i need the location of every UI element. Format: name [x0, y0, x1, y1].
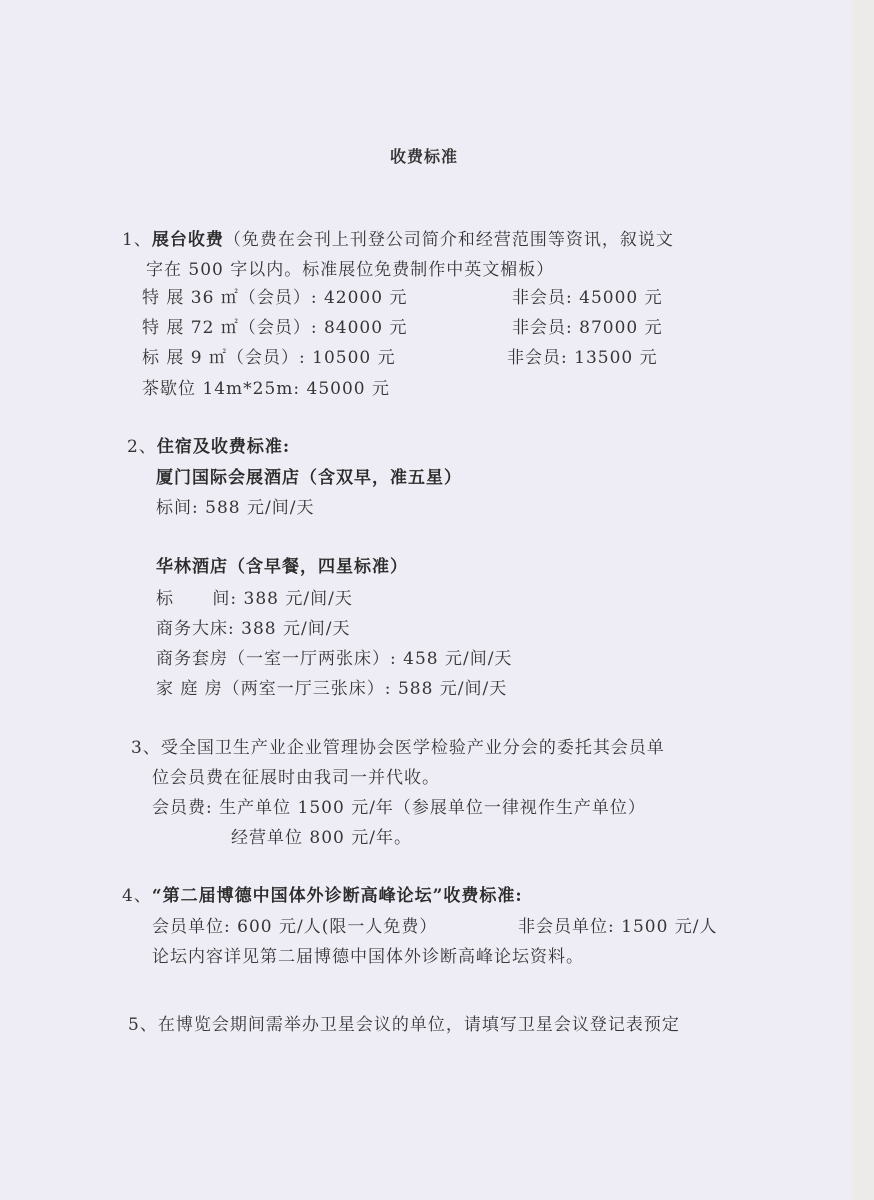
- tea-booth-price: 茶歇位 14m*25m: 45000 元: [142, 379, 390, 399]
- hotel-2-standard-room: 标 间: 388 元/间/天: [156, 589, 353, 609]
- section-1-note: （免费在会刊上刊登公司简介和经营范围等资讯，叙说文: [224, 230, 674, 250]
- section-3-line-2: 位会员费在征展时由我司一并代收。: [152, 768, 440, 788]
- section-1-heading: 展台收费: [152, 230, 224, 250]
- hotel-2-family-room: 家 庭 房（两室一厅三张床）: 588 元/间/天: [156, 679, 507, 699]
- section-2-heading-line: 2、住宿及收费标准:: [127, 437, 290, 457]
- section-2-heading: 住宿及收费标准:: [157, 437, 290, 457]
- booth-36-member-price: 特 展 36 ㎡（会员）: 42000 元: [142, 288, 407, 308]
- membership-fee-distribution: 经营单位 800 元/年。: [231, 828, 412, 848]
- forum-member-fee: 会员单位: 600 元/人(限一人免费）: [152, 917, 437, 937]
- section-2-number: 2、: [127, 437, 157, 457]
- hotel-2-name: 华林酒店（含早餐，四星标准）: [156, 557, 408, 577]
- booth-9-nonmember-price: 非会员: 13500 元: [507, 348, 658, 368]
- hotel-1-standard-room: 标间: 588 元/间/天: [156, 498, 314, 518]
- section-4-number: 4、: [122, 886, 152, 906]
- booth-36-nonmember-price: 非会员: 45000 元: [512, 288, 663, 308]
- booth-9-member-price: 标 展 9 ㎡（会员）: 10500 元: [142, 348, 396, 368]
- booth-72-member-price: 特 展 72 ㎡（会员）: 84000 元: [142, 318, 407, 338]
- hotel-2-business-suite: 商务套房（一室一厅两张床）: 458 元/间/天: [156, 649, 512, 669]
- booth-72-nonmember-price: 非会员: 87000 元: [512, 318, 663, 338]
- scan-edge: [852, 0, 874, 1200]
- section-4-heading: “第二届博德中国体外诊断高峰论坛”收费标准:: [152, 886, 523, 906]
- section-1-number: 1、: [122, 230, 152, 250]
- section-5-line-1: 5、在博览会期间需举办卫星会议的单位，请填写卫星会议登记表预定: [128, 1015, 680, 1035]
- document-page: 收费标准 1、展台收费（免费在会刊上刊登公司简介和经营范围等资讯，叙说文 字在 …: [0, 0, 852, 1200]
- membership-fee-production: 会员费: 生产单位 1500 元/年（参展单位一律视作生产单位）: [152, 798, 646, 818]
- forum-nonmember-fee: 非会员单位: 1500 元/人: [518, 917, 718, 937]
- section-4-heading-line: 4、“第二届博德中国体外诊断高峰论坛”收费标准:: [122, 886, 523, 906]
- section-1-line-1: 1、展台收费（免费在会刊上刊登公司简介和经营范围等资讯，叙说文: [122, 230, 674, 250]
- document-title: 收费标准: [390, 147, 458, 167]
- hotel-2-business-king: 商务大床: 388 元/间/天: [156, 619, 350, 639]
- section-1-note-line-2: 字在 500 字以内。标准展位免费制作中英文楣板）: [146, 260, 554, 280]
- hotel-1-name: 厦门国际会展酒店（含双早，准五星）: [156, 468, 462, 488]
- forum-note: 论坛内容详见第二届博德中国体外诊断高峰论坛资料。: [152, 947, 584, 967]
- section-3-line-1: 3、受全国卫生产业企业管理协会医学检验产业分会的委托其会员单: [131, 738, 665, 758]
